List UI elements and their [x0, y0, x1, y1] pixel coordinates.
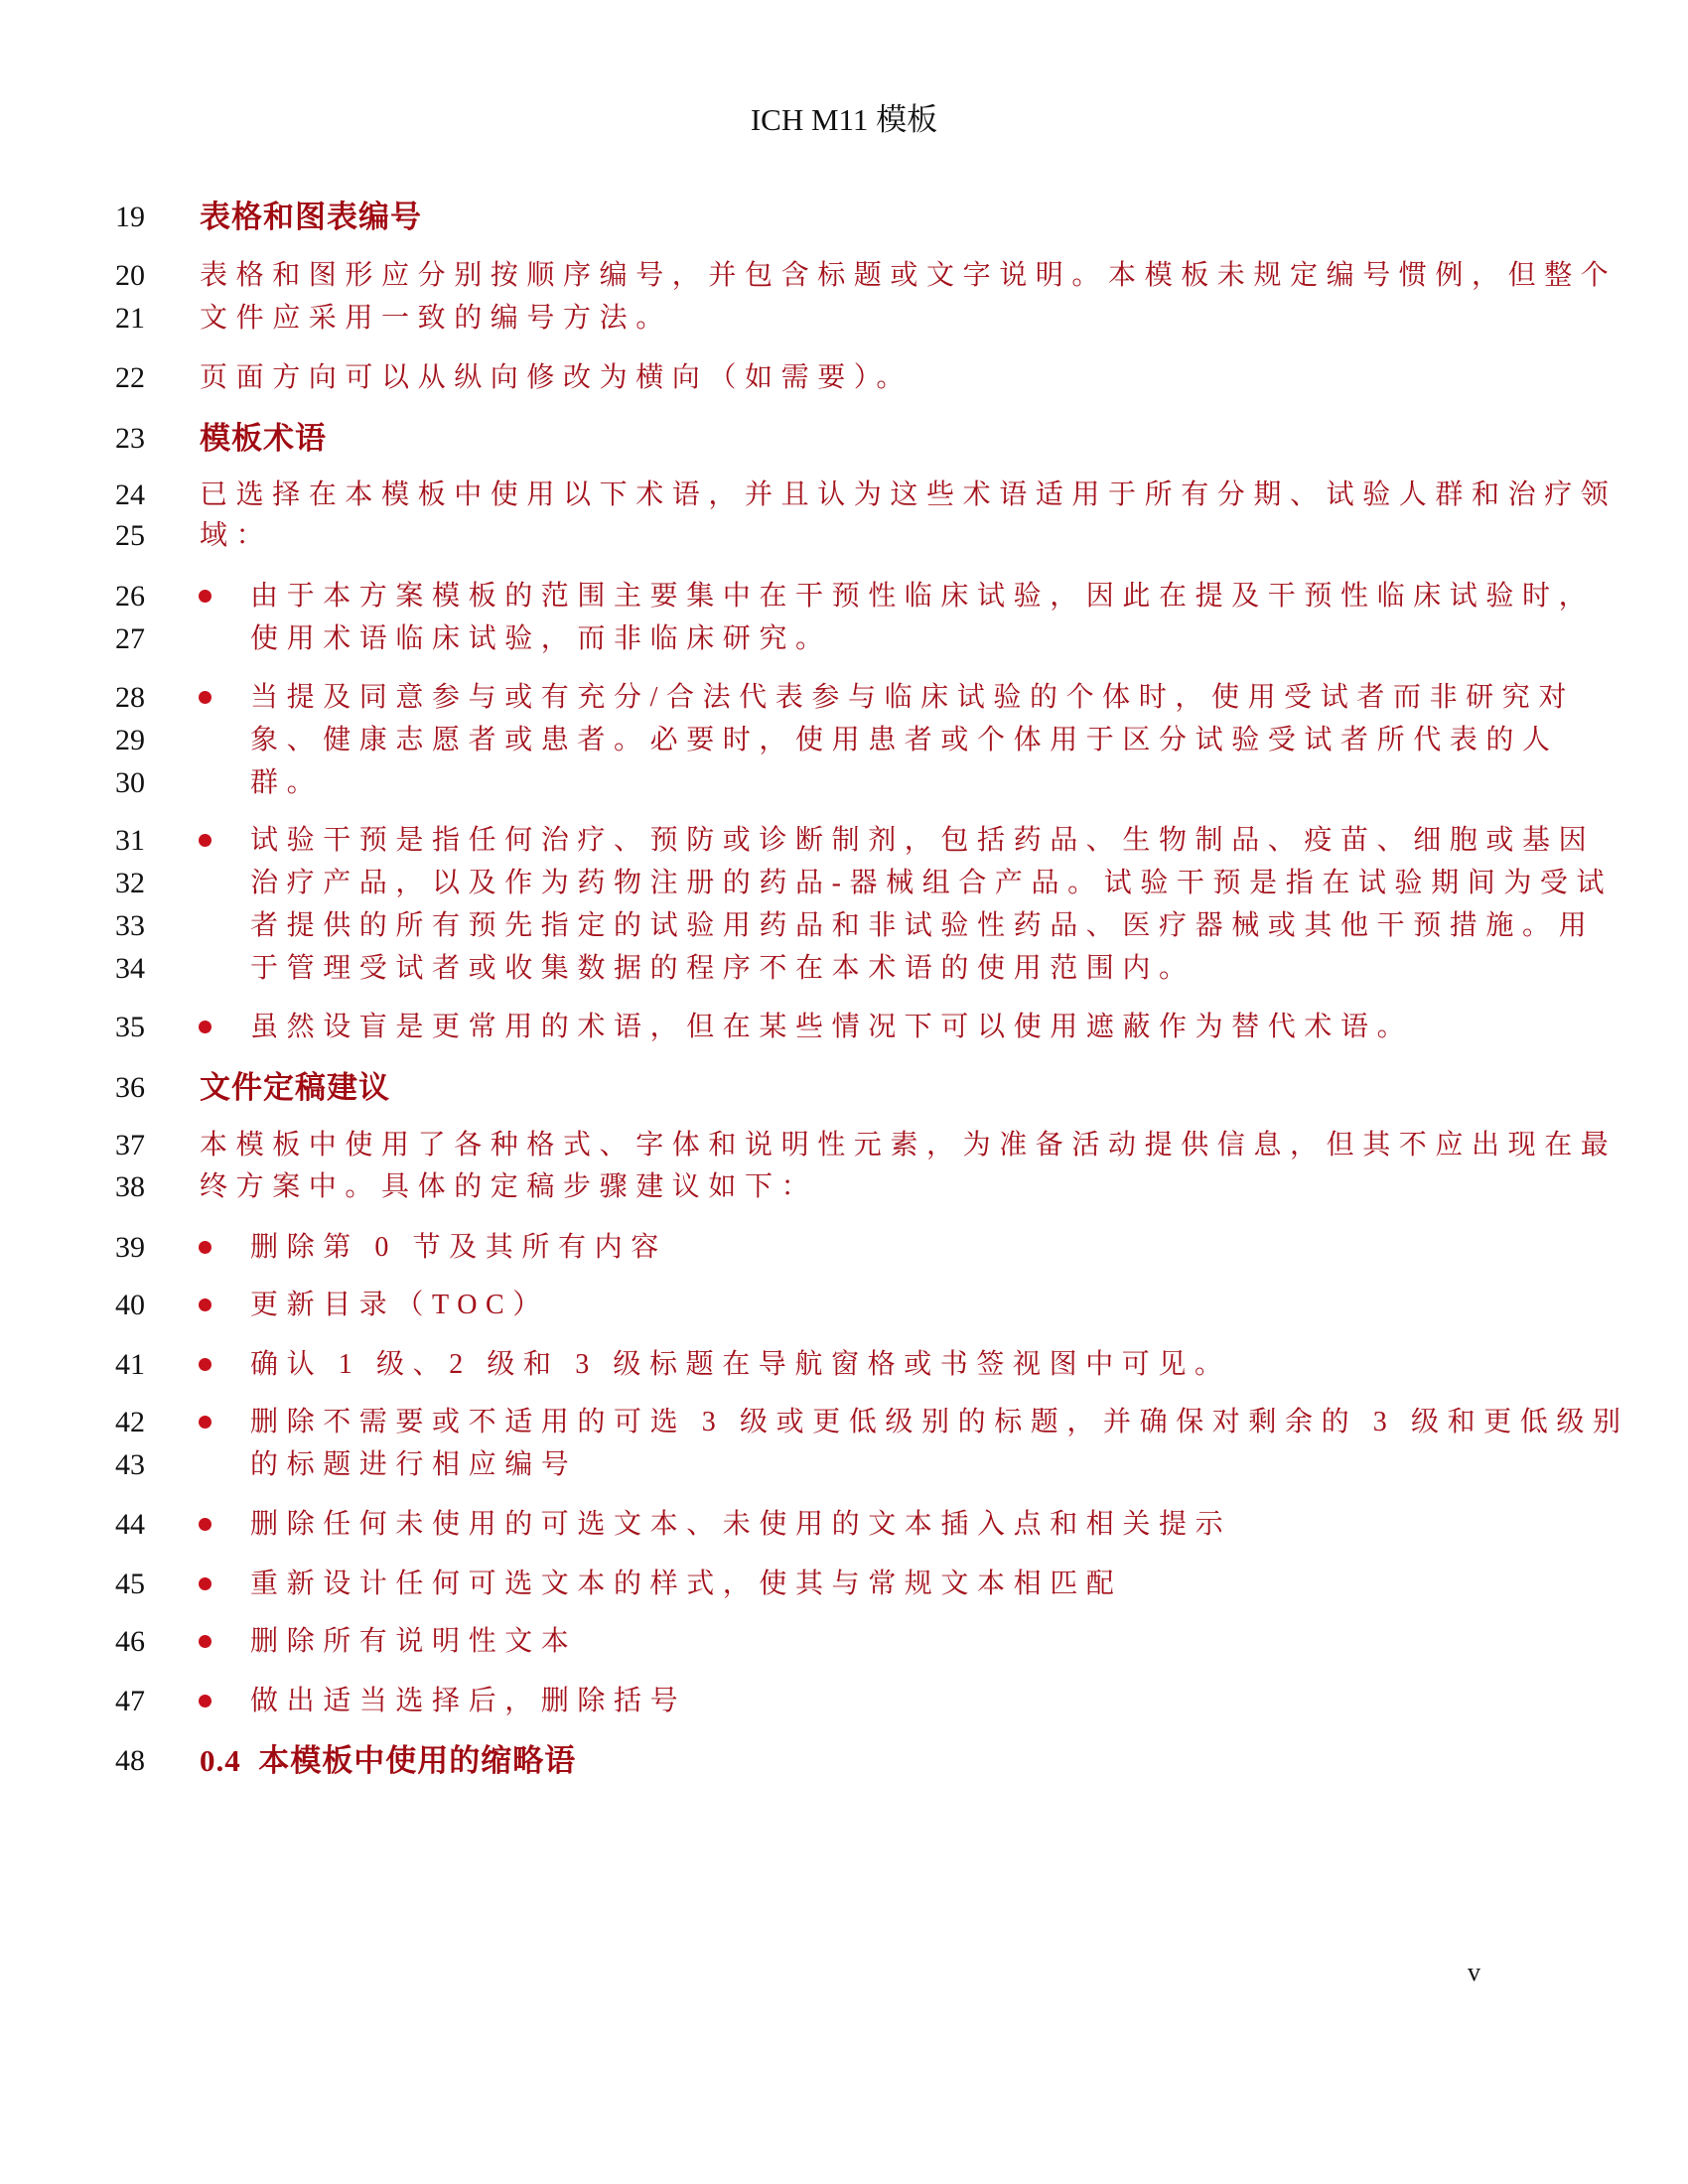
- body-text: 页面方向可以从纵向修改为横向（如需要）。: [200, 356, 913, 400]
- line-38: 38 终方案中。具体的定稿步骤建议如下：: [0, 1165, 1688, 1209]
- line-number: 37: [115, 1124, 155, 1167]
- line-25: 25 域：: [0, 514, 1688, 558]
- line-20: 20 表格和图形应分别按顺序编号，并包含标题或文字说明。本模板未规定编号惯例，但…: [0, 254, 1688, 298]
- bullet-text: 群。: [250, 761, 323, 805]
- bullet-icon: [199, 1416, 211, 1429]
- bullet-text: 当提及同意参与或有充分/合法代表参与临床试验的个体时，使用受试者而非研究对: [250, 676, 1575, 720]
- line-34: 34 于管理受试者或收集数据的程序不在本术语的使用范围内。: [0, 947, 1688, 991]
- bullet-text: 删除任何未使用的可选文本、未使用的文本插入点和相关提示: [250, 1503, 1231, 1547]
- body-text: 已选择在本模板中使用以下术语，并且认为这些术语适用于所有分期、试验人群和治疗领: [200, 474, 1617, 517]
- line-number: 39: [115, 1226, 155, 1270]
- line-number: 40: [115, 1284, 155, 1327]
- bullet-text: 删除不需要或不适用的可选 3 级或更低级别的标题，并确保对剩余的 3 级和更低级…: [250, 1401, 1629, 1444]
- bullet-text: 由于本方案模板的范围主要集中在干预性临床试验，因此在提及干预性临床试验时，: [250, 575, 1595, 618]
- bullet-icon: [199, 834, 211, 847]
- bullet-icon: [199, 1577, 211, 1590]
- line-45: 45 重新设计任何可选文本的样式，使其与常规文本相匹配: [0, 1563, 1688, 1606]
- bullet-text: 治疗产品，以及作为药物注册的药品-器械组合产品。试验干预是指在试验期间为受试: [250, 862, 1613, 905]
- line-number: 28: [115, 676, 155, 720]
- line-number: 36: [115, 1066, 155, 1110]
- bullet-text: 于管理受试者或收集数据的程序不在本术语的使用范围内。: [250, 947, 1196, 991]
- bullet-text: 的标题进行相应编号: [250, 1443, 577, 1487]
- bullet-icon: [199, 1241, 211, 1254]
- line-29: 29 象、健康志愿者或患者。必要时，使用患者或个体用于区分试验受试者所代表的人: [0, 719, 1688, 762]
- body-text: 本模板中使用了各种格式、字体和说明性元素，为准备活动提供信息，但其不应出现在最: [200, 1124, 1617, 1167]
- bullet-text: 试验干预是指任何治疗、预防或诊断制剂，包括药品、生物制品、疫苗、细胞或基因: [250, 819, 1595, 863]
- line-number: 34: [115, 947, 155, 991]
- line-46: 46 删除所有说明性文本: [0, 1620, 1688, 1664]
- line-39: 39 删除第 0 节及其所有内容: [0, 1226, 1688, 1270]
- line-35: 35 虽然设盲是更常用的术语，但在某些情况下可以使用遮蔽作为替代术语。: [0, 1006, 1688, 1049]
- line-27: 27 使用术语临床试验，而非临床研究。: [0, 617, 1688, 661]
- line-number: 45: [115, 1563, 155, 1606]
- bullet-text: 虽然设盲是更常用的术语，但在某些情况下可以使用遮蔽作为替代术语。: [250, 1006, 1413, 1049]
- line-number: 33: [115, 904, 155, 948]
- bullet-icon: [199, 1635, 211, 1648]
- line-21: 21 文件应采用一致的编号方法。: [0, 297, 1688, 341]
- line-number: 23: [115, 417, 155, 461]
- section-heading-template-terminology: 模板术语: [200, 417, 327, 461]
- section-heading-table-figure-numbering: 表格和图表编号: [200, 196, 422, 239]
- line-number: 25: [115, 514, 155, 558]
- line-number: 48: [115, 1739, 155, 1783]
- line-19: 19 表格和图表编号: [0, 196, 1688, 239]
- bullet-text: 删除第 0 节及其所有内容: [250, 1226, 667, 1270]
- line-41: 41 确认 1 级、2 级和 3 级标题在导航窗格或书签视图中可见。: [0, 1343, 1688, 1387]
- line-44: 44 删除任何未使用的可选文本、未使用的文本插入点和相关提示: [0, 1503, 1688, 1547]
- bullet-text: 确认 1 级、2 级和 3 级标题在导航窗格或书签视图中可见。: [250, 1343, 1231, 1387]
- line-33: 33 者提供的所有预先指定的试验用药品和非试验性药品、医疗器械或其他干预措施。用: [0, 904, 1688, 948]
- bullet-icon: [199, 1695, 211, 1707]
- line-number: 38: [115, 1165, 155, 1209]
- line-42: 42 删除不需要或不适用的可选 3 级或更低级别的标题，并确保对剩余的 3 级和…: [0, 1401, 1688, 1444]
- body-text: 域：: [200, 514, 272, 558]
- bullet-icon: [199, 691, 211, 704]
- page-header-title: ICH M11 模板: [0, 99, 1688, 141]
- line-number: 21: [115, 297, 155, 341]
- line-number: 29: [115, 719, 155, 762]
- line-37: 37 本模板中使用了各种格式、字体和说明性元素，为准备活动提供信息，但其不应出现…: [0, 1124, 1688, 1167]
- line-32: 32 治疗产品，以及作为药物注册的药品-器械组合产品。试验干预是指在试验期间为受…: [0, 862, 1688, 905]
- line-number: 35: [115, 1006, 155, 1049]
- line-number: 46: [115, 1620, 155, 1664]
- bullet-text: 删除所有说明性文本: [250, 1620, 577, 1664]
- line-26: 26 由于本方案模板的范围主要集中在干预性临床试验，因此在提及干预性临床试验时，: [0, 575, 1688, 618]
- line-number: 42: [115, 1401, 155, 1444]
- line-40: 40 更新目录（TOC）: [0, 1284, 1688, 1327]
- line-22: 22 页面方向可以从纵向修改为横向（如需要）。: [0, 356, 1688, 400]
- body-text: 表格和图形应分别按顺序编号，并包含标题或文字说明。本模板未规定编号惯例，但整个: [200, 254, 1617, 298]
- bullet-icon: [199, 1518, 211, 1531]
- section-heading-abbreviations: 0.4 本模板中使用的缩略语: [200, 1739, 576, 1783]
- line-number: 19: [115, 196, 155, 239]
- line-number: 47: [115, 1680, 155, 1723]
- body-text: 文件应采用一致的编号方法。: [200, 297, 672, 341]
- section-heading-finalization-recommendations: 文件定稿建议: [200, 1066, 390, 1110]
- line-28: 28 当提及同意参与或有充分/合法代表参与临床试验的个体时，使用受试者而非研究对: [0, 676, 1688, 720]
- line-number: 32: [115, 862, 155, 905]
- bullet-icon: [199, 1021, 211, 1033]
- line-24: 24 已选择在本模板中使用以下术语，并且认为这些术语适用于所有分期、试验人群和治…: [0, 474, 1688, 517]
- line-number: 22: [115, 356, 155, 400]
- bullet-icon: [199, 1358, 211, 1371]
- line-number: 43: [115, 1443, 155, 1487]
- line-number: 30: [115, 761, 155, 805]
- line-30: 30 群。: [0, 761, 1688, 805]
- bullet-text: 者提供的所有预先指定的试验用药品和非试验性药品、医疗器械或其他干预措施。用: [250, 904, 1595, 948]
- line-31: 31 试验干预是指任何治疗、预防或诊断制剂，包括药品、生物制品、疫苗、细胞或基因: [0, 819, 1688, 863]
- line-number: 41: [115, 1343, 155, 1387]
- line-number: 26: [115, 575, 155, 618]
- line-number: 24: [115, 474, 155, 517]
- page-number: v: [1468, 1958, 1480, 1987]
- line-43: 43 的标题进行相应编号: [0, 1443, 1688, 1487]
- line-number: 31: [115, 819, 155, 863]
- bullet-text: 重新设计任何可选文本的样式，使其与常规文本相匹配: [250, 1563, 1122, 1606]
- bullet-text: 象、健康志愿者或患者。必要时，使用患者或个体用于区分试验受试者所代表的人: [250, 719, 1559, 762]
- line-number: 27: [115, 617, 155, 661]
- line-number: 20: [115, 254, 155, 298]
- bullet-icon: [199, 590, 211, 603]
- bullet-text: 更新目录（TOC）: [250, 1284, 549, 1327]
- line-48: 48 0.4 本模板中使用的缩略语: [0, 1739, 1688, 1783]
- line-36: 36 文件定稿建议: [0, 1066, 1688, 1110]
- line-number: 44: [115, 1503, 155, 1547]
- bullet-icon: [199, 1298, 211, 1311]
- line-47: 47 做出适当选择后，删除括号: [0, 1680, 1688, 1723]
- bullet-text: 使用术语临床试验，而非临床研究。: [250, 617, 832, 661]
- body-text: 终方案中。具体的定稿步骤建议如下：: [200, 1165, 817, 1209]
- bullet-text: 做出适当选择后，删除括号: [250, 1680, 686, 1723]
- line-23: 23 模板术语: [0, 417, 1688, 461]
